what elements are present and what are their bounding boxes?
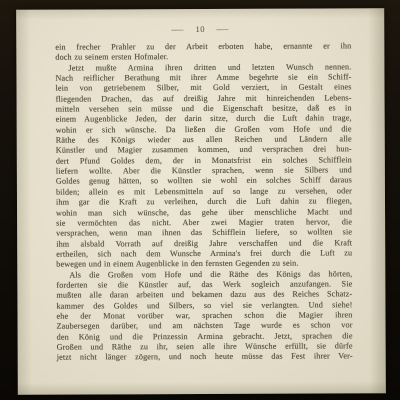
text-line: ein frecher Prahler zu der Arbeit erbote… [55,41,351,53]
text-line: ihm gar die Kraft zu verleihen, durch di… [56,196,352,208]
book-page: —10— ein frecher Prahler zu der Arbeit e… [16,8,386,395]
text-line: mußten alle daran arbeiten und bekamen d… [56,290,352,302]
page-text: ein frecher Prahler zu der Arbeit erbote… [55,41,352,363]
page-header: —10— [16,22,384,36]
text-line: versprachen, wenn man ihnen das Schiffle… [56,228,352,240]
header-rule-left: — [172,23,185,35]
text-line: jetzt nicht länger zögern, und noch heut… [57,352,353,364]
page-number: 10 [195,24,205,34]
text-line: Zaubersegen darüber, und am nächsten Tag… [57,321,353,333]
header-rule-right: — [216,23,229,35]
text-line: ertheilen, sich nach dem Wunsche Armina'… [56,248,352,260]
